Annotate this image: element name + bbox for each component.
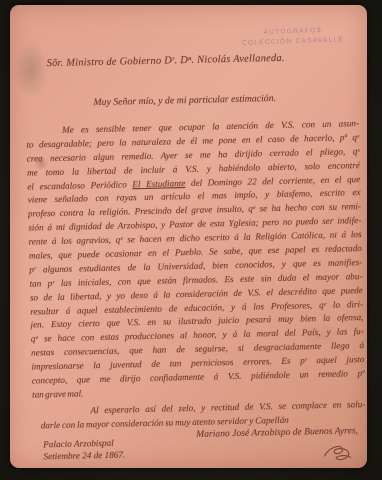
periodico-post: del Domingo 22 del corriente, en el que [185, 174, 360, 188]
salutation-line: Sõr. Ministro de Gobierno Dʳ. Dⁿ. Nicolá… [46, 53, 284, 69]
periodico-title: El Estudiante [132, 178, 185, 189]
signature-flourish-icon [320, 439, 355, 464]
manuscript-text: Sõr. Ministro de Gobierno Dʳ. Dⁿ. Nicolá… [5, 1, 372, 472]
signature-date: Setiembre 24 de 1867. [43, 449, 125, 461]
letter-page: AUTÓGRAFOS COLECCIÓN CASAVALLE Sõr. Mini… [10, 5, 367, 468]
signature-place: Palacio Arzobispal [43, 438, 114, 450]
greeting-line: Muy Señor mío, y de mi particular estima… [93, 93, 276, 108]
signature-name: Mariano José Arzobispo de Buenos Ayres, [196, 425, 358, 440]
letter-body: Me es sensible tener que ocupar la atenc… [26, 117, 365, 402]
periodico-pre: el escandaloso Periódico [27, 179, 132, 191]
